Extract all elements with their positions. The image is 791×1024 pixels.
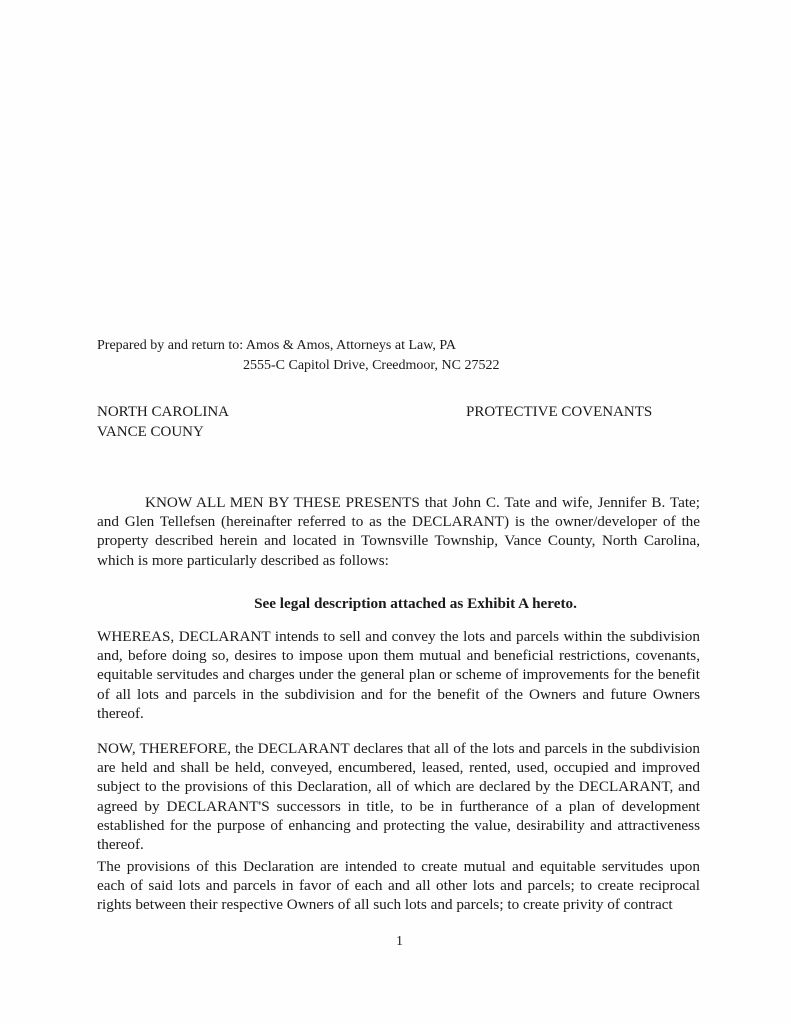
paragraph-now-therefore: NOW, THEREFORE, the DECLARANT declares t… xyxy=(97,739,700,854)
county-name: VANCE COUNY xyxy=(97,422,229,442)
document-title: PROTECTIVE COVENANTS xyxy=(466,402,652,422)
exhibit-reference: See legal description attached as Exhibi… xyxy=(0,594,791,614)
prepared-by-address: 2555-C Capitol Drive, Creedmoor, NC 2752… xyxy=(97,356,499,376)
page-number: 1 xyxy=(0,934,791,950)
document-page: Prepared by and return to: Amos & Amos, … xyxy=(0,0,791,1024)
prepared-by-block: Prepared by and return to: Amos & Amos, … xyxy=(97,336,499,376)
paragraph-know-all-men: KNOW ALL MEN BY THESE PRESENTS that John… xyxy=(97,493,700,570)
prepared-by-line: Prepared by and return to: Amos & Amos, … xyxy=(97,336,499,356)
paragraph-whereas: WHEREAS, DECLARANT intends to sell and c… xyxy=(97,627,700,723)
jurisdiction-block: NORTH CAROLINA VANCE COUNY xyxy=(97,402,229,442)
state-name: NORTH CAROLINA xyxy=(97,402,229,422)
paragraph-provisions: The provisions of this Declaration are i… xyxy=(97,857,700,915)
